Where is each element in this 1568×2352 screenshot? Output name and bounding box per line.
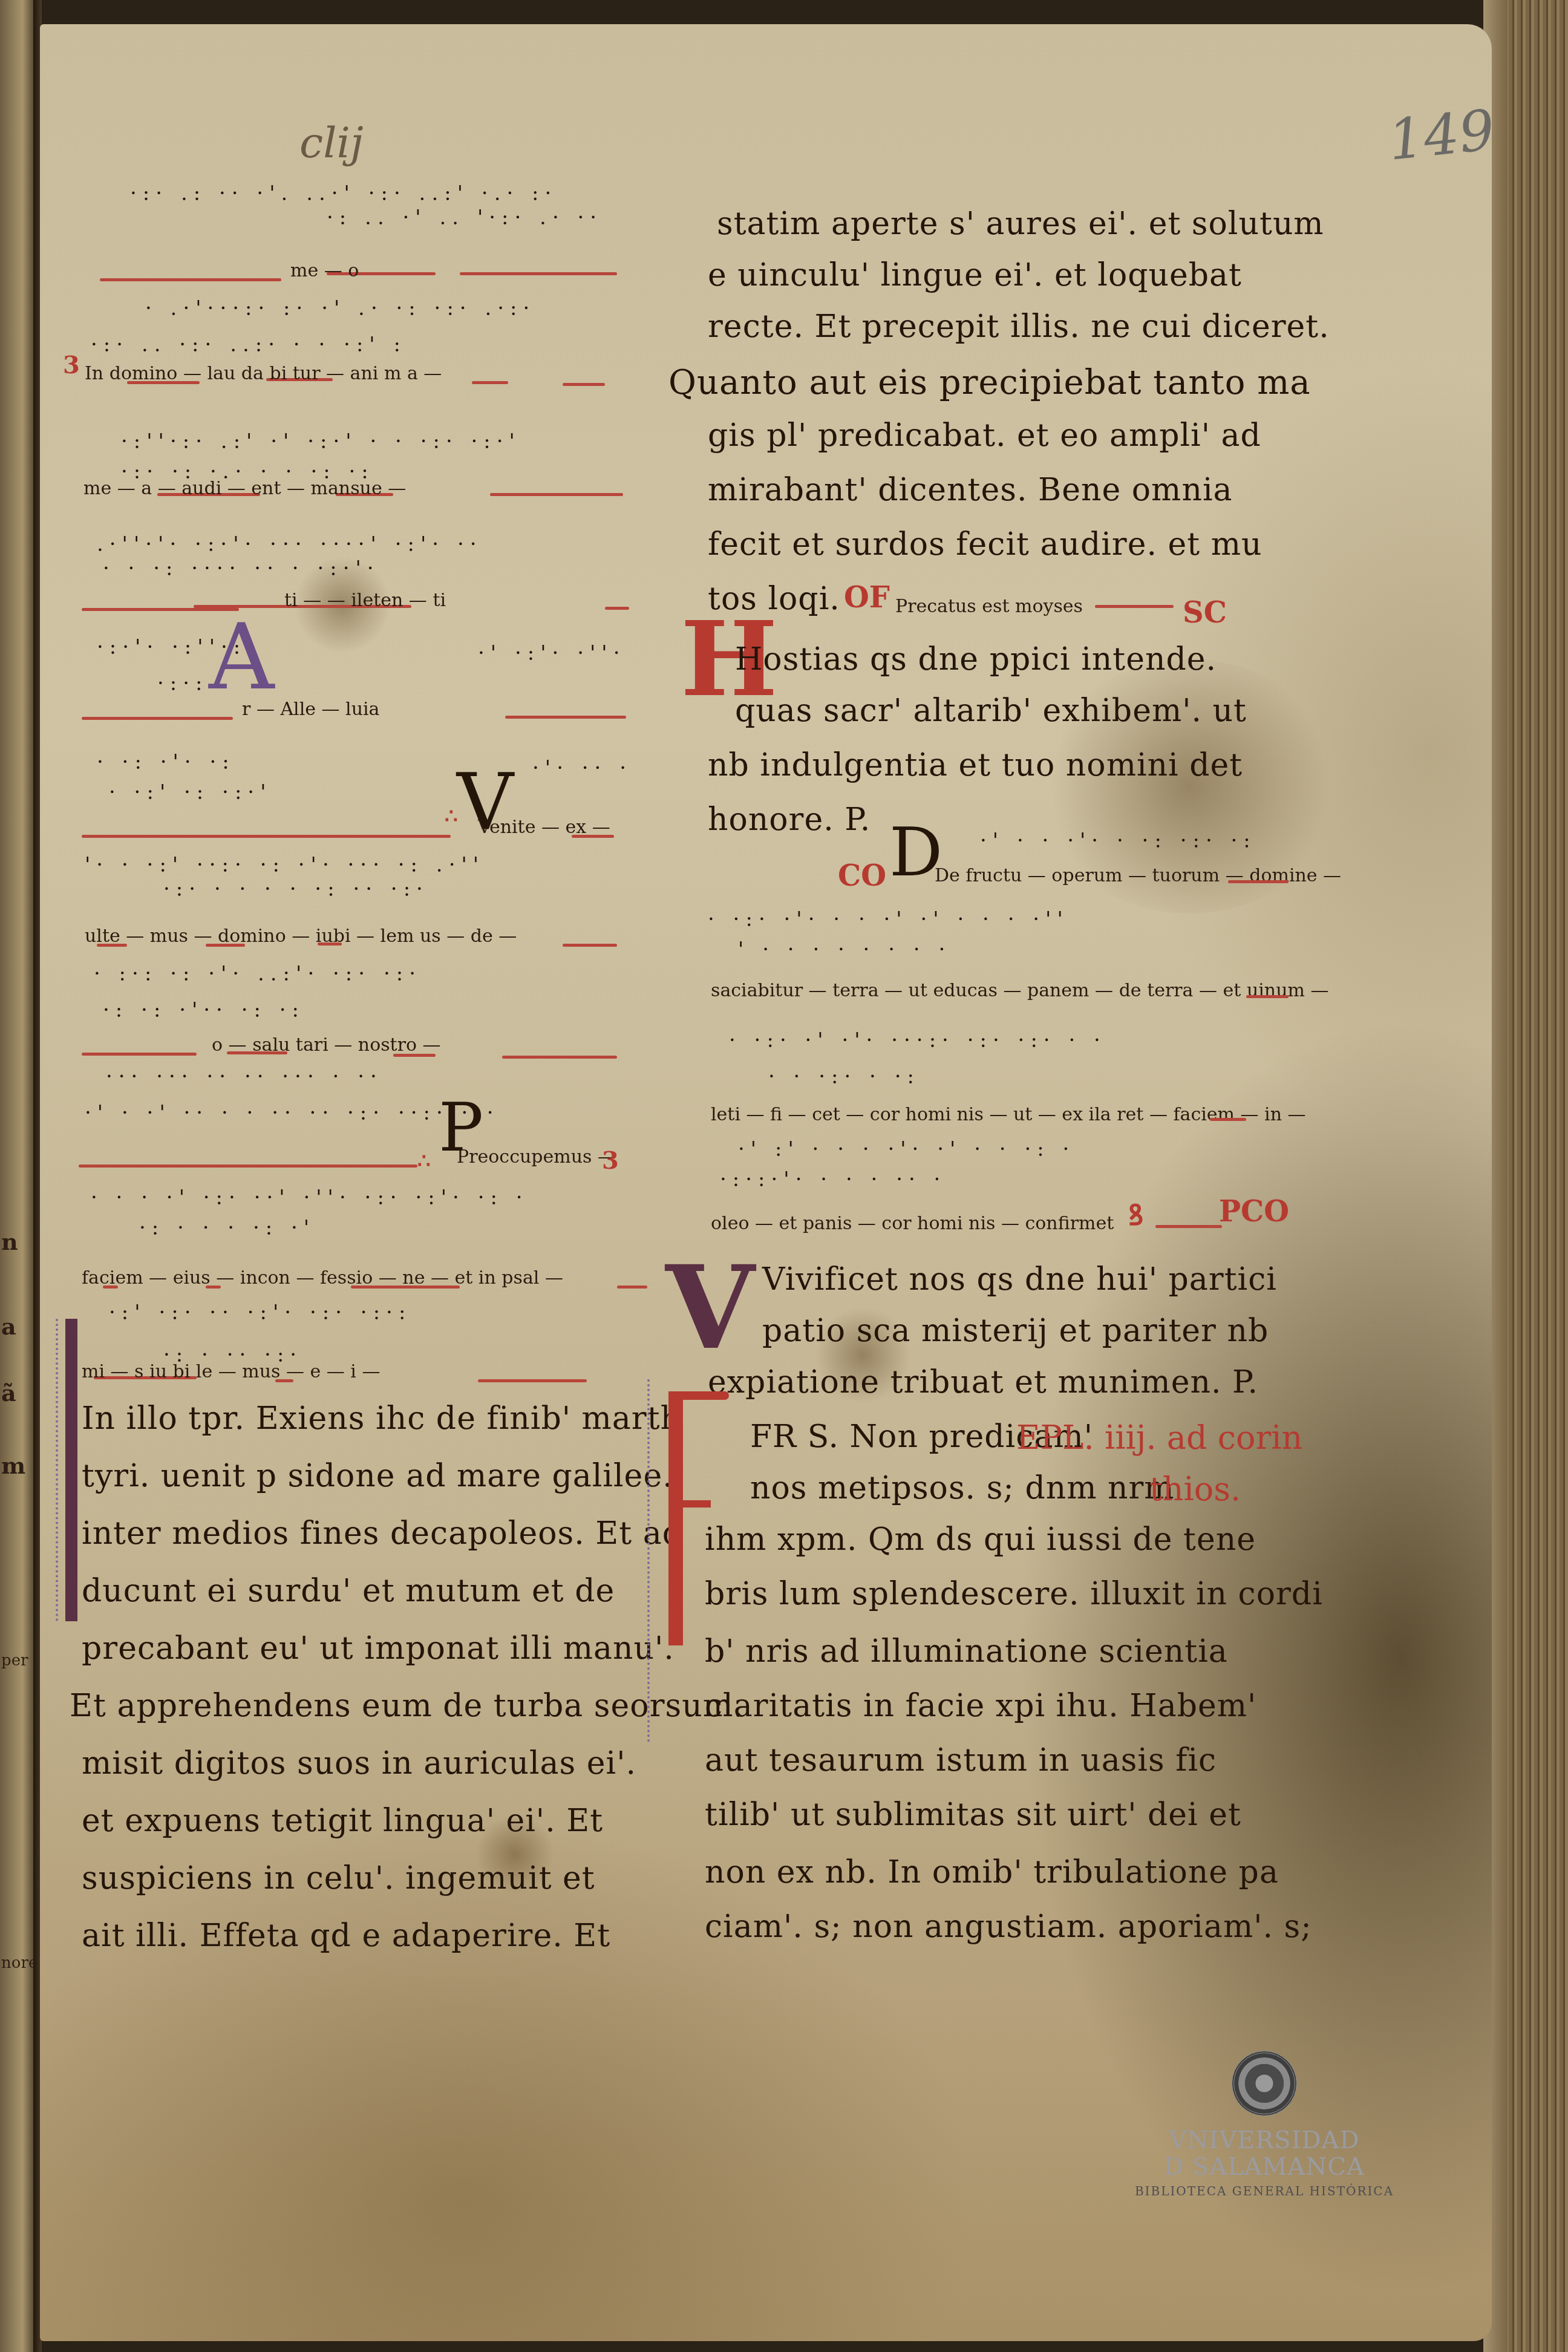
neumes: · ·:· ·' ·'· ···:· ·:· ·:· · · [729, 1028, 1106, 1053]
staff-rule [1228, 880, 1289, 883]
communion-line: saciabitur — terra — ut educas — panem —… [711, 980, 1328, 1001]
communion-line: leti — fi — cet — cor homi nis — ut — ex… [711, 1104, 1306, 1125]
staff-rule [478, 1379, 587, 1382]
communion-line: oleo — et panis — cor homi nis — confirm… [711, 1213, 1114, 1234]
neumes: ·:· .: ·· ·'. ..·' ·:· ..:' ·.· :· [130, 181, 557, 206]
gospel-line: tyri. uenit p sidone ad mare galilee. [82, 1458, 673, 1494]
running-head: clij [299, 118, 364, 168]
staff-rule [100, 278, 281, 281]
neumes: ·'· ·· · [532, 756, 632, 780]
neumes: ·:·:·'· · · · ·· · [720, 1168, 946, 1192]
secret-line: quas sacr' altarib' exhibem'. ut [735, 693, 1247, 729]
neumes: · · ·:· · ·: [768, 1065, 920, 1089]
margin-fragment: nore [1, 1954, 38, 1972]
staff-rule [82, 1053, 197, 1056]
staff-rule [605, 607, 629, 610]
epistle-line: claritatis in facie xpi ihu. Habem' [705, 1688, 1256, 1724]
postcommunion-line: patio sca misterij et pariter nb [762, 1313, 1269, 1349]
chant-text-line: me — o [290, 260, 359, 281]
postcommunion-line: expiatione tribuat et munimen. P. [708, 1364, 1258, 1400]
neumes: ' · · · · · · · · [738, 938, 951, 962]
margin-fragment: ã [1, 1379, 16, 1406]
chant-text-line: o — salu tari — nostro — [212, 1034, 441, 1056]
gospel-line: suspiciens in celu'. ingemuit et [82, 1860, 595, 1896]
epistle-line: tilib' ut sublimitas sit uirt' dei et [705, 1797, 1241, 1833]
text-line: fecit et surdos fecit audire. et mu [708, 526, 1263, 563]
gospel-line: Et apprehendens eum de turba seorsum. [70, 1688, 744, 1724]
staff-rule [1210, 1118, 1246, 1121]
staff-rule [82, 835, 451, 838]
communion-label: CO [838, 859, 886, 893]
gospel-line: In illo tpr. Exiens ihc de finib' marth [82, 1400, 681, 1437]
chant-text-line: ti — — ileten — ti [284, 590, 446, 611]
watermark-line-3: BIBLIOTECA GENERAL HISTÓRICA [1131, 2184, 1397, 2198]
margin-fragment: per [1, 1651, 28, 1670]
watermark-line-2: D SALAMANCA [1131, 2154, 1397, 2180]
gospel-line: precabant eu' ut imponat illi manu'. [82, 1630, 675, 1667]
neumes: ·:·: [157, 671, 209, 696]
epistle-line: ciam'. s; non angustiam. aporiam'. s; [705, 1909, 1312, 1945]
rubric-mark: ꝸ [1128, 1195, 1143, 1234]
text-line: Quanto aut eis precipiebat tanto ma [668, 363, 1311, 402]
rubric-mark: 3 [602, 1146, 619, 1175]
initial-f-bar [668, 1391, 729, 1400]
initial-f-stem [668, 1391, 683, 1645]
neumes: · · · ·' ·:· ··' ·''· ·:· ·:'· ·: · [91, 1186, 529, 1210]
neumes: · ·:' ·: ·:·' [109, 780, 272, 805]
neumes: · :·: ·: ·'· ..:'· ·:· ·:· [94, 962, 422, 986]
secret-line: honore. P. [708, 802, 871, 838]
neumes: ·' · ·' ·· · · ·· ·· ·:· ··:· ·:· [85, 1101, 500, 1125]
chant-text-line: Venite — ex — [478, 817, 610, 838]
staff-rule [563, 944, 617, 947]
text-line: statim aperte s' aures ei'. et solutum [717, 206, 1324, 242]
text-line: mirabant' dicentes. Bene omnia [708, 472, 1233, 508]
neumes: ·:· .. ·:· ..:· · · ·:' : [91, 333, 407, 357]
staff-rule [1246, 995, 1289, 998]
staff-rule [617, 1285, 647, 1289]
staff-rule [1095, 605, 1174, 608]
staff-rule [505, 716, 626, 719]
neumes: ··· ··· ·· ·· ··· · ·· [106, 1065, 383, 1089]
neumes: ·:· · · · · ·: ·· ·:· [163, 877, 429, 901]
epistle-line: aut tesaurum istum in uasis fic [705, 1742, 1217, 1779]
neumes: · .·'···:· :· ·' .· ·: ·:· .·:· [145, 296, 535, 321]
epistle-rubric-2: thios. [1149, 1470, 1241, 1508]
neumes: ·: .. ·' .. '·:· .· ·· [327, 206, 603, 230]
secret-line: nb indulgentia et tuo nomini det [708, 747, 1243, 783]
offertory-incipit: Precatus est moyses [895, 596, 1083, 617]
neumes: .·''·'· ·:·'· ··· ····' ·:'· ·· [97, 532, 483, 557]
initial-v-postcommunion: V [665, 1240, 754, 1375]
gospel-line: misit digitos suos in auriculas ei'. [82, 1745, 636, 1782]
neumes: ·:''·:· .:' ·' ·:·' · · ·:· ·:·' [121, 430, 521, 454]
neumes: ·' :' · · · ·'· ·' · · ·: · [738, 1137, 1075, 1161]
fore-edge [1483, 0, 1568, 2352]
chant-text-line: me — a — audi — ent — mansue — [83, 478, 406, 499]
neumes: ·: · · · ·: ·' [139, 1216, 315, 1240]
secret-line: Hostias qs dne ppici intende. [735, 641, 1217, 678]
epistle-line: ihm xpm. Qm ds qui iussi de tene [705, 1521, 1256, 1558]
staff-rule [502, 1056, 617, 1059]
chant-text-line: faciem — eius — incon — fessio — ne — et… [82, 1267, 563, 1289]
postcommunion-line: Vivificet nos qs dne hui' partici [762, 1261, 1277, 1298]
staff-rule [82, 717, 233, 720]
neumes: · ·:· ·'· · · ·' ·' · · · ·'' [708, 907, 1069, 932]
offertory-suffix: SC [1183, 596, 1227, 630]
chant-text-line: mi — s iu bi le — mus — e — i — [82, 1361, 380, 1382]
margin-fragment: a [1, 1313, 16, 1340]
gospel-line: inter medios fines decapoleos. Et ad [82, 1515, 683, 1552]
initial-i-flourish [56, 1319, 63, 1621]
epistle-line: b' nris ad illuminatione scientia [705, 1633, 1228, 1670]
chant-text-line: r — Alle — luia [242, 699, 380, 720]
staff-rule [563, 383, 605, 386]
offertory-label: OF [844, 581, 890, 615]
university-seal-icon [1232, 2051, 1297, 2116]
text-line: e uinculu' lingue ei'. et loquebat [708, 257, 1242, 293]
staff-rule [1155, 1225, 1222, 1228]
folio-number: 149 [1385, 97, 1498, 173]
neumes: · ·: ·'· ·: [97, 750, 235, 774]
neumes: · · ·: ···· ·· · ·:·'· [103, 557, 380, 581]
margin-fragment: m [1, 1452, 25, 1479]
staff-rule [460, 272, 617, 275]
gospel-line: et expuens tetigit lingua' ei'. Et [82, 1803, 603, 1839]
previous-page-edge: n a ã m per nore [0, 0, 38, 2352]
neumes: '· · ·:' ··:· ·: ·'· ··· ·: .·'' [85, 853, 485, 877]
chant-text-line: ulte — mus — domino — iubi — lem us — de… [85, 926, 517, 947]
pco-label: PCO [1219, 1195, 1289, 1229]
rubric-mark: ∴ [417, 1149, 431, 1174]
staff-rule [79, 1165, 417, 1168]
gospel-line: ducunt ei surdu' et mutum et de [82, 1573, 615, 1609]
text-line: recte. Et precepit illis. ne cui diceret… [708, 309, 1330, 345]
initial-f-crossbar [668, 1500, 711, 1508]
staff-rule [472, 381, 508, 384]
epistle-rubric: EPL. iiij. ad corin [1016, 1419, 1302, 1457]
initial-i-bar [65, 1319, 77, 1621]
rubric-mark: ∴ [445, 805, 458, 829]
epistle-line: bris lum splendescere. illuxit in cordi [705, 1576, 1323, 1612]
watermark-line-1: VNIVERSIDAD [1131, 2127, 1397, 2154]
staff-rule [490, 493, 623, 496]
epistle-line: nos metipsos. s; dnm nrm [750, 1470, 1175, 1506]
epistle-line: non ex nb. In omib' tribulatione pa [705, 1854, 1279, 1890]
neumes: ·' ·:'· ·''· [478, 641, 626, 665]
gospel-line: ait illi. Effeta qd e adaperire. Et [82, 1918, 610, 1954]
neumes: ·:' ·:· ·· ·:'· ·:· ·:·: [109, 1301, 411, 1325]
chant-text-line: Preoccupemus — [457, 1146, 616, 1168]
rubric-mark: 3 [63, 351, 80, 379]
neumes: ·' · · ·'· · ·: ·:· ·: [980, 829, 1256, 853]
initial-a: A [209, 605, 274, 710]
neumes: ·: ·: ·'·· ·: ·: [103, 998, 305, 1022]
chant-text-line: In domino — lau da bi tur — ani m a — [85, 363, 442, 384]
margin-fragment: n [1, 1228, 18, 1255]
margin-flourish [647, 1379, 653, 1742]
text-line: gis pl' predicabat. et eo ampli' ad [708, 417, 1261, 454]
library-watermark: VNIVERSIDAD D SALAMANCA BIBLIOTECA GENER… [1131, 2051, 1397, 2198]
